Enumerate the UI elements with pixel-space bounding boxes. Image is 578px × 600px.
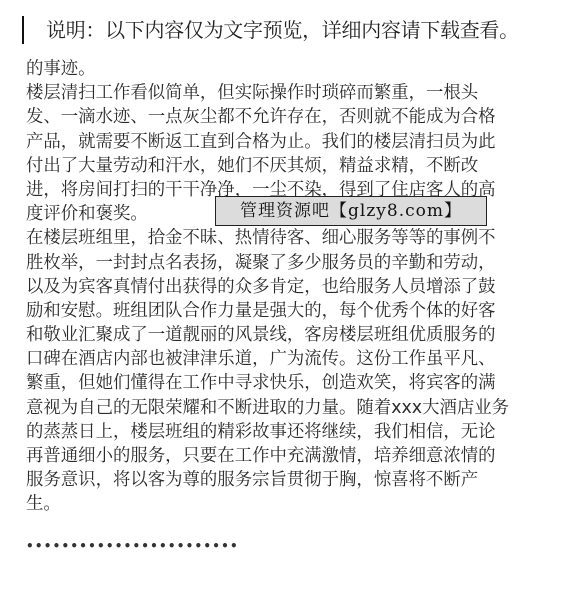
text-cursor: [22, 16, 24, 44]
text-line: 的蒸蒸日上，楼层班组的精彩故事还将继续，我们相信，无论: [26, 420, 556, 444]
text-line: 生。: [26, 492, 556, 516]
text-line: 楼层清扫工作看似简单，但实际操作时琐碎而繁重，一根头: [26, 81, 556, 105]
watermark-banner: 管理资源吧【glzy8.com】: [215, 196, 487, 226]
text-line: 付出了大量劳动和汗水，她们不厌其烦，精益求精，不断改: [26, 154, 556, 178]
text-line: 胜枚举，一封封点名表扬，凝聚了多少服务员的辛勤和劳动，: [26, 251, 556, 275]
text-line: 发、一滴水迹、一点灰尘都不允许存在，否则就不能成为合格: [26, 105, 556, 129]
text-line: 意视为自己的无限荣耀和不断进取的力量。随着xxx大酒店业务: [26, 396, 556, 420]
document-body: 的事迹。 楼层清扫工作看似简单，但实际操作时琐碎而繁重，一根头 发、一滴水迹、一…: [26, 57, 556, 517]
text-line: 励和安慰。班组团队合作力量是强大的，每个优秀个体的好客: [26, 299, 556, 323]
continuation-dots: ••••••••••••••••••••••••: [26, 539, 239, 553]
text-line: 口碑在酒店内部也被津津乐道，广为流传。这份工作虽平凡、: [26, 347, 556, 371]
text-line: 服务意识，将以客为尊的服务宗旨贯彻于胸，惊喜将不断产: [26, 468, 556, 492]
text-line: 的事迹。: [26, 57, 556, 81]
text-line: 再普通细小的服务，只要在工作中充满激情，培养细意浓情的: [26, 444, 556, 468]
preview-notice-text: 说明：以下内容仅为文字预览，详细内容请下载查看。: [46, 14, 519, 46]
text-line: 和敬业汇聚成了一道靓丽的风景线，客房楼层班组优质服务的: [26, 323, 556, 347]
text-line: 在楼层班组里，拾金不昧、热情待客、细心服务等等的事例不: [26, 226, 556, 250]
text-line: 繁重，但她们懂得在工作中寻求快乐，创造欢笑，将宾客的满: [26, 371, 556, 395]
text-line: 产品，就需要不断返工直到合格为止。我们的楼层清扫员为此: [26, 130, 556, 154]
text-line: 以及为宾客真情付出获得的众多肯定，也给服务人员增添了鼓: [26, 275, 556, 299]
